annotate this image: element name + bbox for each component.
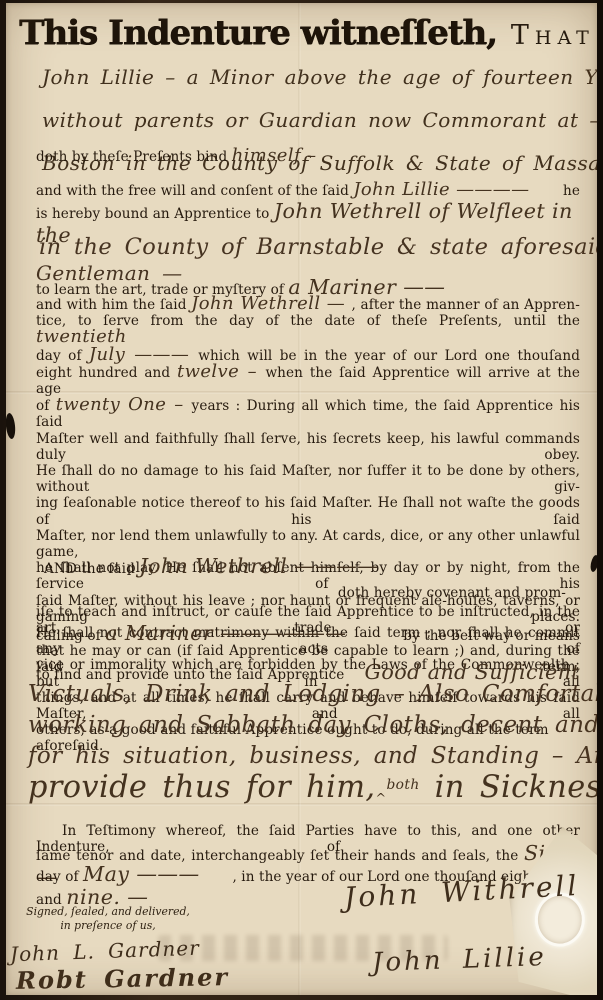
term-line: tice, to ſerve from the day of the date … <box>36 313 580 346</box>
handwritten-text: both <box>386 777 419 793</box>
handwritten-text: twelve – <box>177 361 265 382</box>
document-title: This Indenture witneſſeth, That <box>19 13 589 53</box>
handwritten-text: in Sickness and in Health <box>420 770 597 805</box>
covenant-line-1: AND the ſaid John Wethrell ———— <box>44 554 580 578</box>
handwritten-text: himself – <box>232 145 317 166</box>
provision-line-1: Victuals, Drink and Lodging – Also Comfo… <box>28 679 589 710</box>
handwritten-text: John Wethrell — <box>191 293 351 314</box>
consent-he-word: he <box>563 183 580 199</box>
handwritten-text: May ——— <box>83 862 199 886</box>
witness2-signature: Robt Gardner <box>16 962 229 995</box>
printed-text: is hereby bound an Apprentice to <box>36 206 274 222</box>
ink-blot <box>6 413 16 440</box>
term-line: eight hundred and twelve – when the ſaid… <box>36 364 580 397</box>
term-line: He ſhall do no damage to his ſaid Maſter… <box>36 463 580 495</box>
printed-text: He ſhall do no damage to his ſaid Maſter… <box>36 463 580 495</box>
handwritten-text: twenty One – <box>56 394 192 415</box>
covenant-line-4-left: calling of a Mariner —————— <box>36 621 346 645</box>
covenant-line-4-right: by the beſt way or means <box>403 628 580 644</box>
handwritten-text: a Mariner —————— <box>105 621 346 645</box>
title-blackletter: This Indenture witneſſeth, <box>19 13 497 53</box>
term-line: day of July ——— which will be in the yea… <box>36 347 580 364</box>
provision-line-4: provide thus for him,^both in Sickness a… <box>28 772 589 814</box>
printed-text: of <box>36 398 56 414</box>
covenant-line-2: doth hereby covenant and prom- <box>36 585 580 601</box>
handwritten-text: John Wethrell ———— <box>139 554 378 578</box>
printed-text: eight hundred and <box>36 365 177 381</box>
title-that-word: That <box>511 20 595 51</box>
testimony-line-3-left: day of May ——— <box>36 862 200 886</box>
handwritten-text: John Lillie ———— <box>353 179 529 200</box>
attestation-text: Signed, ſealed, and delivered, in preſen… <box>22 905 194 932</box>
attestation-line-2: in preſence of us, <box>22 919 194 933</box>
printed-text: ing ſeaſonable notice thereof to his ſai… <box>36 495 580 527</box>
consent-line-1-text: and with the free will and conſent of th… <box>36 179 529 200</box>
indenture-document: This Indenture witneſſeth, That John Lil… <box>6 3 597 995</box>
provision-line-2: working and Sabbath day Cloths, decent a… <box>28 710 589 741</box>
apprentice-signature: John Lillie <box>372 942 548 978</box>
term-line: Maſter well and faithfully ſhall ſerve, … <box>36 431 580 463</box>
printed-text: and with the free will and conſent of th… <box>36 183 353 199</box>
provision-line-3: for his situation, business, and Standin… <box>28 741 589 772</box>
printed-text: calling of <box>36 628 105 644</box>
term-line: and with him the ſaid John Wethrell — , … <box>36 296 580 313</box>
handwritten-text: ^ <box>375 791 386 806</box>
handwritten-text: provide thus for him, <box>28 770 375 805</box>
printed-text: AND the ſaid <box>44 561 139 577</box>
provision-handwriting: Victuals, Drink and Lodging – Also Comfo… <box>28 679 589 814</box>
binding-line: doth by theſe Preſents bind himself – <box>36 145 580 166</box>
printed-text: and with him the ſaid <box>36 297 191 313</box>
printed-text: day of <box>36 869 83 885</box>
witness1-signature: John L. Gardner <box>10 936 200 967</box>
term-line: of twenty One – years : During all which… <box>36 397 580 430</box>
framed-indenture-photo: This Indenture witneſſeth, That John Lil… <box>0 0 603 1000</box>
printed-text: doth by theſe Preſents bind <box>36 149 232 165</box>
attestation-line-1: Signed, ſealed, and delivered, <box>22 905 194 919</box>
opening-line-2: without parents or Guardian now Commoran… <box>42 99 597 142</box>
printed-text: Maſter well and faithfully ſhall ſerve, … <box>36 431 580 463</box>
printed-text: , after the manner of an Appren- <box>351 297 580 313</box>
ink-blot <box>589 554 597 572</box>
printed-text: day of <box>36 348 89 364</box>
covenant-line-4: calling of a Mariner —————— by the beſt … <box>36 621 580 645</box>
opening-line-1: John Lillie – a Minor above the age of f… <box>42 56 597 99</box>
term-line: ing ſeaſonable notice thereof to his ſai… <box>36 495 580 527</box>
consent-line-1: and with the free will and conſent of th… <box>36 179 580 200</box>
